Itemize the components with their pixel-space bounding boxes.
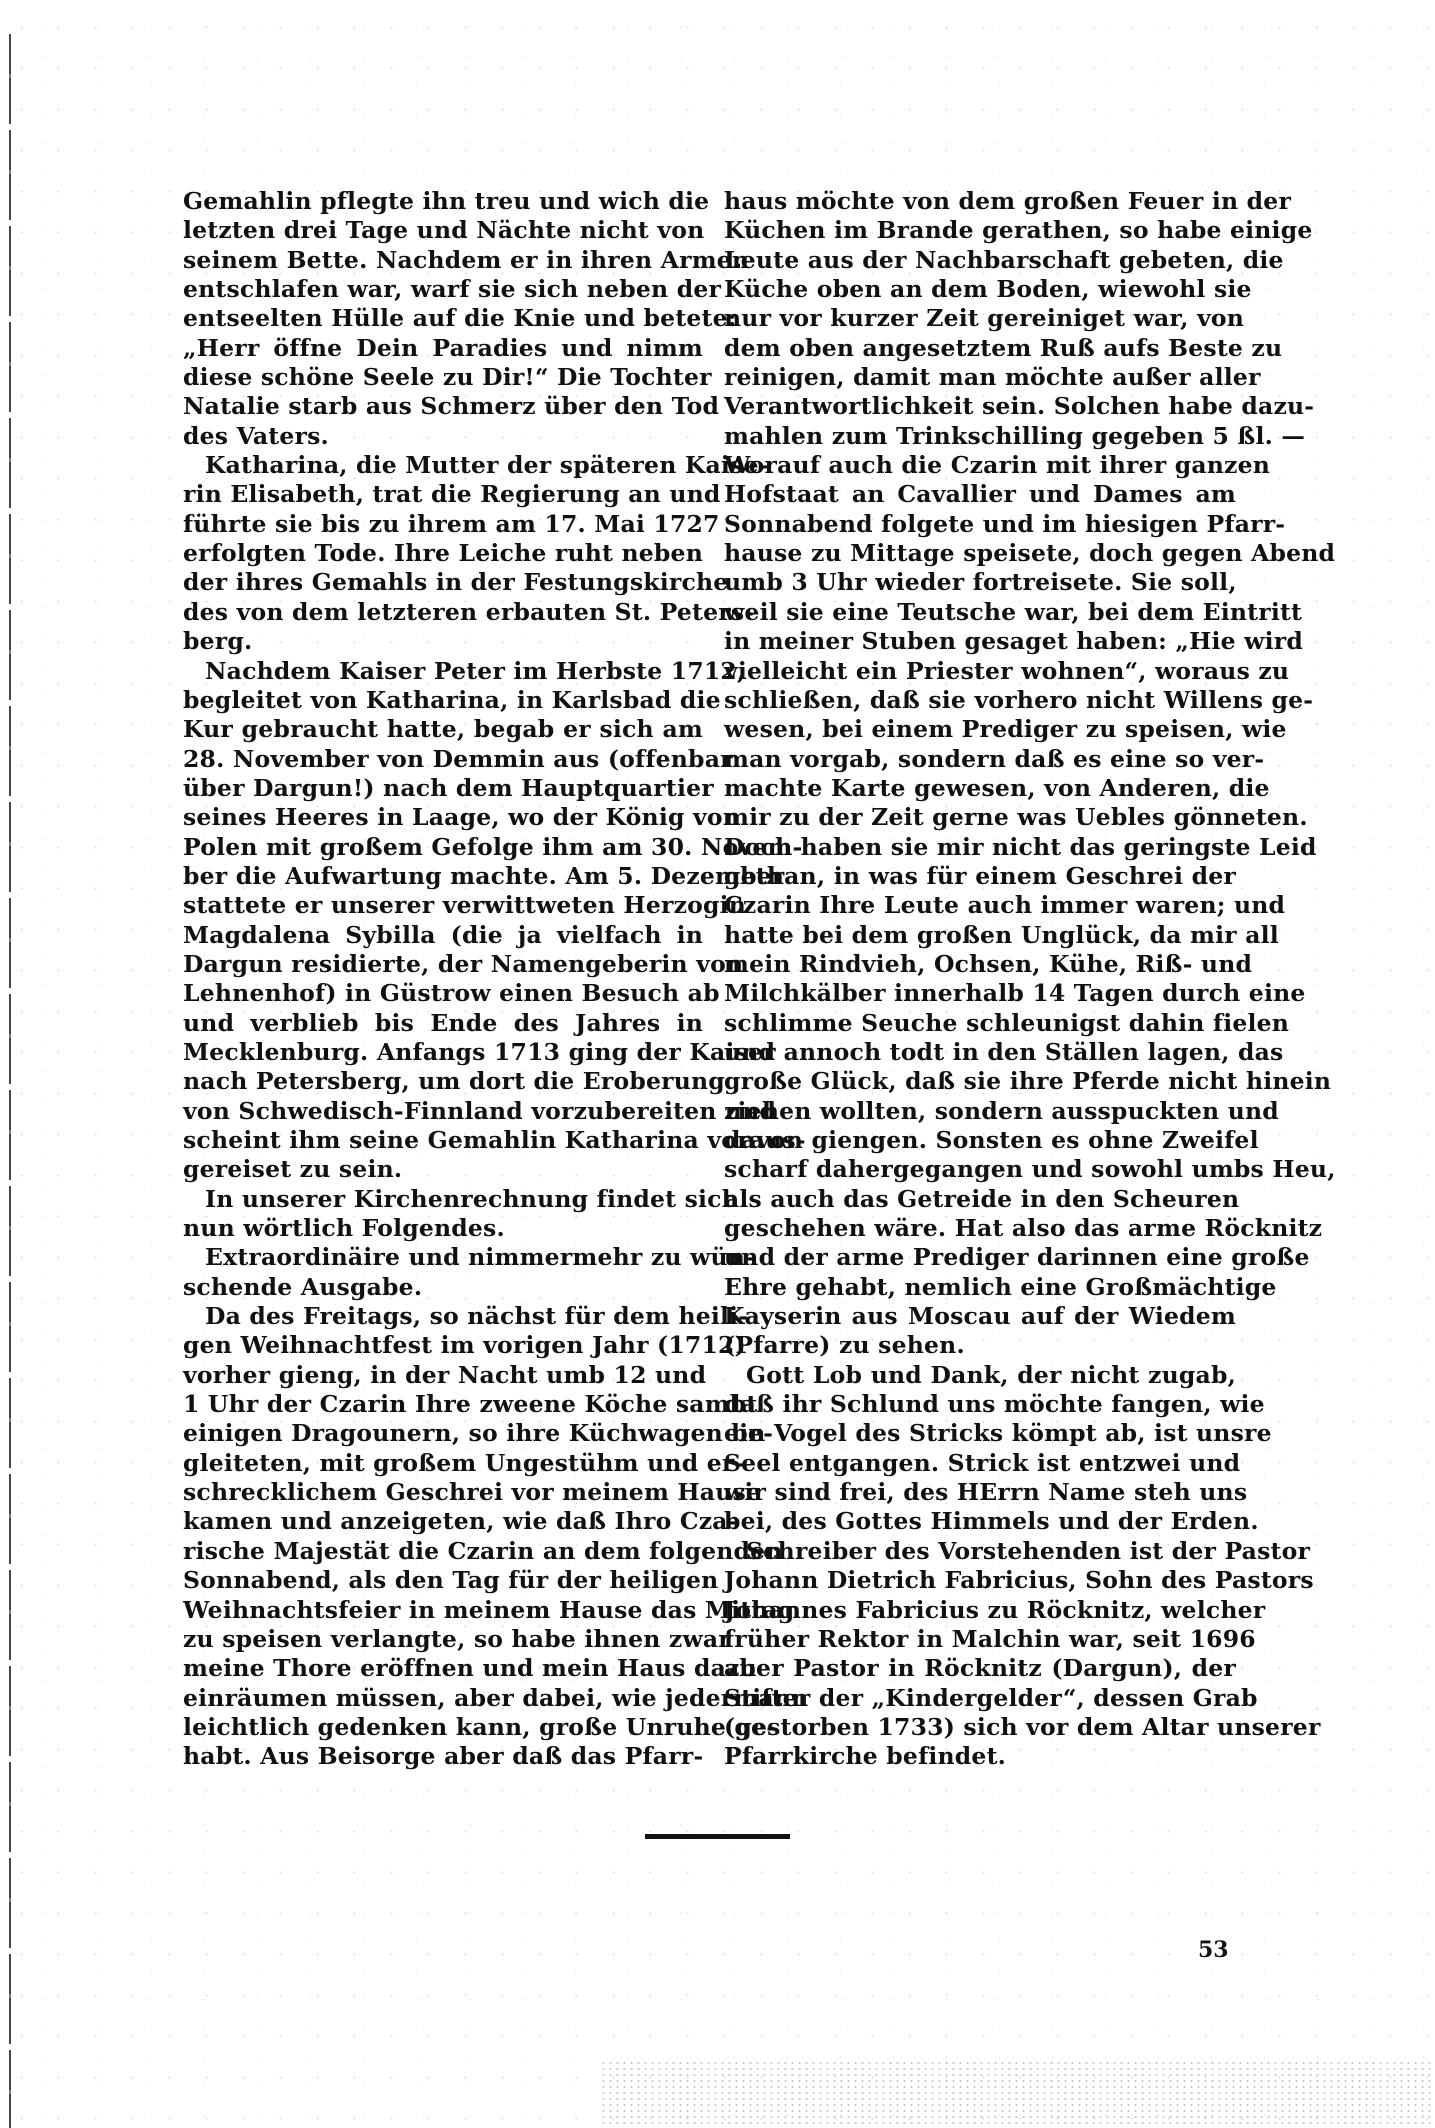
text-line: mir zu der Zeit gerne was Uebles gönnete… xyxy=(724,803,1236,832)
text-line: Dargun residierte, der Namengeberin von xyxy=(183,950,703,979)
text-line: erfolgten Tode. Ihre Leiche ruht neben xyxy=(183,539,703,568)
text-line: als auch das Getreide in den Scheuren xyxy=(724,1185,1236,1214)
text-line: kamen und anzeigeten, wie daß Ihro Cza- xyxy=(183,1507,703,1536)
text-line: berg. xyxy=(183,627,703,656)
text-line: vielleicht ein Priester wohnen“, woraus … xyxy=(724,657,1236,686)
text-line: in meiner Stuben gesaget haben: „Hie wir… xyxy=(724,627,1236,656)
text-line: wir sind frei, des HErrn Name steh uns xyxy=(724,1478,1236,1507)
text-line: Milchkälber innerhalb 14 Tagen durch ein… xyxy=(724,979,1236,1008)
text-line: rin Elisabeth, trat die Regierung an und xyxy=(183,480,703,509)
text-line: Gemahlin pflegte ihn treu und wich die xyxy=(183,187,703,216)
text-line: davon giengen. Sonsten es ohne Zweifel xyxy=(724,1126,1236,1155)
text-line: rische Majestät die Czarin an dem folgen… xyxy=(183,1537,703,1566)
text-line: letzten drei Tage und Nächte nicht von xyxy=(183,216,703,245)
text-line: machte Karte gewesen, von Anderen, die xyxy=(724,774,1236,803)
page-number: 53 xyxy=(1198,1937,1229,1963)
text-line: von Schwedisch-Finnland vorzubereiten un… xyxy=(183,1097,703,1126)
text-line: vorher gieng, in der Nacht umb 12 und xyxy=(183,1361,703,1390)
text-line: diese schöne Seele zu Dir!“ Die Tochter xyxy=(183,363,703,392)
text-line: Schreiber des Vorstehenden ist der Pasto… xyxy=(724,1537,1236,1566)
text-line: Lehnenhof) in Güstrow einen Besuch ab xyxy=(183,979,703,1008)
text-line: daß ihr Schlund uns möchte fangen, wie xyxy=(724,1390,1236,1419)
text-line: haus möchte von dem großen Feuer in der xyxy=(724,187,1236,216)
section-divider-rule xyxy=(645,1834,790,1839)
text-line: schende Ausgabe. xyxy=(183,1273,703,1302)
text-line: über Dargun!) nach dem Hauptquartier xyxy=(183,774,703,803)
text-line: Polen mit großem Gefolge ihm am 30. Nove… xyxy=(183,833,703,862)
text-line: nach Petersberg, um dort die Eroberung xyxy=(183,1067,703,1096)
right-text-column: haus möchte von dem großen Feuer in derK… xyxy=(724,187,1236,1772)
text-line: In unserer Kirchenrechnung findet sich xyxy=(183,1185,703,1214)
text-line: umb 3 Uhr wieder fortreisete. Sie soll, xyxy=(724,568,1236,597)
text-line: bei, des Gottes Himmels und der Erden. xyxy=(724,1507,1236,1536)
text-line: mein Rindvieh, Ochsen, Kühe, Riß- und xyxy=(724,950,1236,979)
text-line: hause zu Mittage speisete, doch gegen Ab… xyxy=(724,539,1236,568)
text-line: einräumen müssen, aber dabei, wie jederm… xyxy=(183,1684,703,1713)
text-line: „Herr öffne Dein Paradies und nimm xyxy=(183,334,703,363)
text-line: leichtlich gedenken kann, große Unruhe g… xyxy=(183,1713,703,1742)
text-line: wesen, bei einem Prediger zu speisen, wi… xyxy=(724,715,1236,744)
text-line: früher Rektor in Malchin war, seit 1696 xyxy=(724,1625,1236,1654)
text-line: Johann Dietrich Fabricius, Sohn des Past… xyxy=(724,1566,1236,1595)
text-line: reinigen, damit man möchte außer aller xyxy=(724,363,1236,392)
text-line: Ehre gehabt, nemlich eine Großmächtige xyxy=(724,1273,1236,1302)
text-line: und annoch todt in den Ställen lagen, da… xyxy=(724,1038,1236,1067)
text-line: begleitet von Katharina, in Karlsbad die xyxy=(183,686,703,715)
text-line: ber die Aufwartung machte. Am 5. Dezembe… xyxy=(183,862,703,891)
left-text-column: Gemahlin pflegte ihn treu und wich diele… xyxy=(183,187,703,1772)
text-line: gereiset zu sein. xyxy=(183,1155,703,1184)
text-line: Verantwortlichkeit sein. Solchen habe da… xyxy=(724,392,1236,421)
text-line: Sonnabend folgete und im hiesigen Pfarr- xyxy=(724,510,1236,539)
text-line: und verblieb bis Ende des Jahres in xyxy=(183,1009,703,1038)
text-line: seines Heeres in Laage, wo der König von xyxy=(183,803,703,832)
text-line: Leute aus der Nachbarschaft gebeten, die xyxy=(724,246,1236,275)
text-line: Seel entgangen. Strick ist entzwei und xyxy=(724,1449,1236,1478)
text-line: große Glück, daß sie ihre Pferde nicht h… xyxy=(724,1067,1236,1096)
text-line: Küche oben an dem Boden, wiewohl sie xyxy=(724,275,1236,304)
text-line: scheint ihm seine Gemahlin Katharina vor… xyxy=(183,1126,703,1155)
text-line: ziehen wollten, sondern ausspuckten und xyxy=(724,1097,1236,1126)
text-line: des Vaters. xyxy=(183,422,703,451)
text-line: habt. Aus Beisorge aber daß das Pfarr- xyxy=(183,1742,703,1771)
text-line: Da des Freitags, so nächst für dem heili… xyxy=(183,1302,703,1331)
text-line: Doch haben sie mir nicht das geringste L… xyxy=(724,833,1236,862)
text-line: geschehen wäre. Hat also das arme Röckni… xyxy=(724,1214,1236,1243)
text-line: Küchen im Brande gerathen, so habe einig… xyxy=(724,216,1236,245)
text-line: Katharina, die Mutter der späteren Kaise… xyxy=(183,451,703,480)
text-line: Mecklenburg. Anfangs 1713 ging der Kaise… xyxy=(183,1038,703,1067)
text-line: meine Thore eröffnen und mein Haus dazu xyxy=(183,1654,703,1683)
scan-edge-line xyxy=(9,34,11,2128)
text-line: Hofstaat an Cavallier und Dames am xyxy=(724,480,1236,509)
text-line: entschlafen war, warf sie sich neben der xyxy=(183,275,703,304)
text-line: schlimme Seuche schleunigst dahin fielen xyxy=(724,1009,1236,1038)
text-line: einigen Dragounern, so ihre Küchwagen be… xyxy=(183,1419,703,1448)
text-line: Johannes Fabricius zu Röcknitz, welcher xyxy=(724,1596,1236,1625)
text-line: nur vor kurzer Zeit gereiniget war, von xyxy=(724,304,1236,333)
text-line: hatte bei dem großen Unglück, da mir all xyxy=(724,921,1236,950)
text-line: nun wörtlich Folgendes. xyxy=(183,1214,703,1243)
text-line: schrecklichem Geschrei vor meinem Hause xyxy=(183,1478,703,1507)
text-line: gethan, in was für einem Geschrei der xyxy=(724,862,1236,891)
scan-bottom-noise xyxy=(600,2060,1435,2128)
text-line: Gott Lob und Dank, der nicht zugab, xyxy=(724,1361,1236,1390)
text-line: gleiteten, mit großem Ungestühm und er- xyxy=(183,1449,703,1478)
text-line: 1 Uhr der Czarin Ihre zweene Köche sambt xyxy=(183,1390,703,1419)
text-line: scharf dahergegangen und sowohl umbs Heu… xyxy=(724,1155,1236,1184)
text-line: schließen, daß sie vorhero nicht Willens… xyxy=(724,686,1236,715)
text-line: Kur gebraucht hatte, begab er sich am xyxy=(183,715,703,744)
text-line: Czarin Ihre Leute auch immer waren; und xyxy=(724,891,1236,920)
text-line: der ihres Gemahls in der Festungskirche xyxy=(183,568,703,597)
text-line: dem oben angesetztem Ruß aufs Beste zu xyxy=(724,334,1236,363)
text-line: 28. November von Demmin aus (offenbar xyxy=(183,745,703,774)
text-line: ein Vogel des Stricks kömpt ab, ist unsr… xyxy=(724,1419,1236,1448)
text-line: Pfarrkirche befindet. xyxy=(724,1742,1236,1771)
text-line: und der arme Prediger darinnen eine groß… xyxy=(724,1243,1236,1272)
text-line: entseelten Hülle auf die Knie und betete… xyxy=(183,304,703,333)
text-line: weil sie eine Teutsche war, bei dem Eint… xyxy=(724,598,1236,627)
text-line: man vorgab, sondern daß es eine so ver- xyxy=(724,745,1236,774)
text-line: des von dem letzteren erbauten St. Peter… xyxy=(183,598,703,627)
text-line: Stifter der „Kindergelder“, dessen Grab xyxy=(724,1684,1236,1713)
text-line: Magdalena Sybilla (die ja vielfach in xyxy=(183,921,703,950)
text-line: (gestorben 1733) sich vor dem Altar unse… xyxy=(724,1713,1236,1742)
text-line: gen Weihnachtfest im vorigen Jahr (1712) xyxy=(183,1331,703,1360)
text-line: Worauf auch die Czarin mit ihrer ganzen xyxy=(724,451,1236,480)
text-line: Nachdem Kaiser Peter im Herbste 1712, xyxy=(183,657,703,686)
text-line: seinem Bette. Nachdem er in ihren Armen xyxy=(183,246,703,275)
text-line: Natalie starb aus Schmerz über den Tod xyxy=(183,392,703,421)
text-line: aber Pastor in Röcknitz (Dargun), der xyxy=(724,1654,1236,1683)
text-line: Sonnabend, als den Tag für der heiligen xyxy=(183,1566,703,1595)
text-line: (Pfarre) zu sehen. xyxy=(724,1331,1236,1360)
text-line: Extraordinäire und nimmermehr zu wün- xyxy=(183,1243,703,1272)
text-line: Weihnachtsfeier in meinem Hause das Mitt… xyxy=(183,1596,703,1625)
text-line: führte sie bis zu ihrem am 17. Mai 1727 xyxy=(183,510,703,539)
text-line: stattete er unserer verwittweten Herzogi… xyxy=(183,891,703,920)
text-line: Kayserin aus Moscau auf der Wiedem xyxy=(724,1302,1236,1331)
text-line: mahlen zum Trinkschilling gegeben 5 ßl. … xyxy=(724,422,1236,451)
text-line: zu speisen verlangte, so habe ihnen zwar xyxy=(183,1625,703,1654)
